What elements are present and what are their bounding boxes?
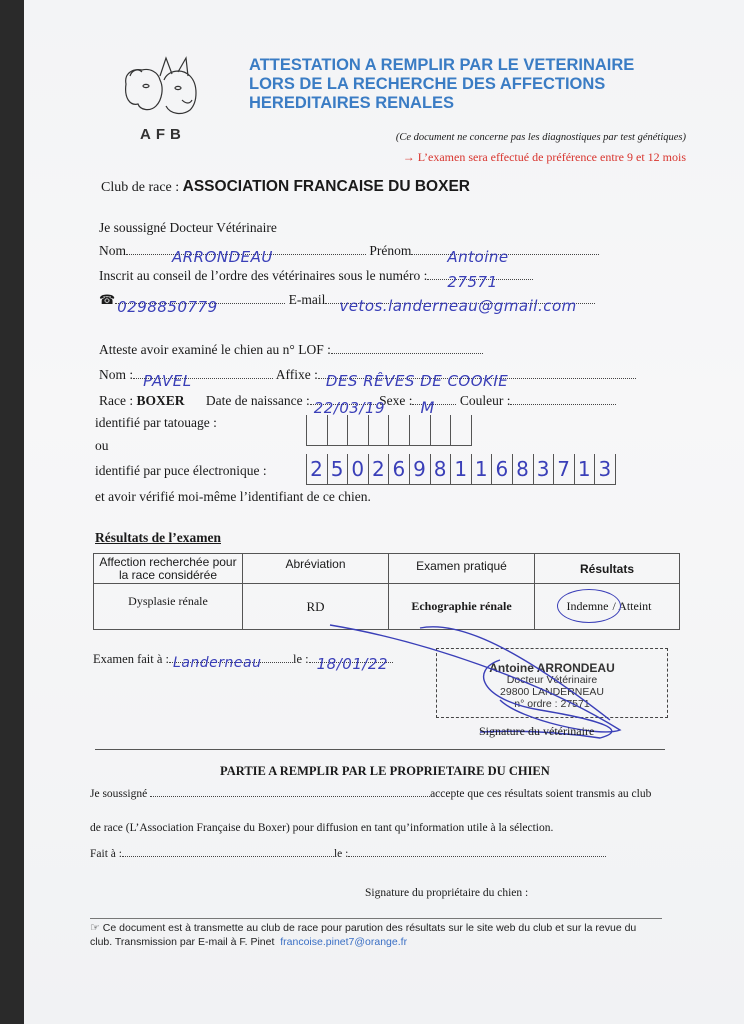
dob-label: Date de naissance : [206,393,310,408]
lof-row: Atteste avoir examiné le chien au n° LOF… [99,342,483,358]
vet-signature [300,620,640,740]
club-label: Club de race : [101,180,179,195]
exam-lieu-field[interactable]: Landerneau [169,662,293,663]
owner-fait-label: Fait à : [90,848,122,860]
owner-consent-row: Je soussigné accepte que ces résultats s… [90,788,651,800]
section-divider [95,749,665,750]
puce-digit[interactable]: 8 [430,454,451,484]
telephone-icon: ☎ [99,292,115,307]
puce-boxes[interactable]: 250269811683713 [306,454,616,485]
dob-field[interactable]: 22/03/19 [310,404,376,405]
tatouage-digit[interactable] [409,415,430,445]
vet-email-value: vetos.landerneau@gmail.com [339,297,576,315]
vet-nom-label: Nom [99,243,126,258]
tatouage-digit[interactable] [430,415,451,445]
vet-nom-value: ARRONDEAU [172,248,273,266]
vet-ordre-row: Inscrit au conseil de l’ordre des vétéri… [99,268,533,284]
couleur-field[interactable] [510,404,616,405]
puce-digit[interactable]: 5 [327,454,348,484]
owner-place-row: Fait à :le : [90,848,606,860]
puce-digit[interactable]: 2 [368,454,389,484]
footer-text-2: club. Transmission par E-mail à F. Pinet [90,936,274,948]
footer-text-1: Ce document est à transmette au club de … [103,922,636,934]
cell-affection: Dysplasie rénale [94,584,243,630]
vet-intro: Je soussigné Docteur Vétérinaire [99,220,277,236]
puce-digit[interactable]: 1 [471,454,492,484]
results-table: Affection recherchée pour la race consid… [93,553,680,630]
owner-section-title: PARTIE A REMPLIR PAR LE PROPRIETAIRE DU … [220,764,550,779]
title-line-1: ATTESTATION A REMPLIR PAR LE VETERINAIRE [249,56,634,75]
exam-lieu-label: Examen fait à : [93,652,169,666]
puce-digit[interactable]: 7 [553,454,574,484]
header-examen: Examen pratiqué [389,554,535,584]
option-indemne[interactable]: Indemne [563,597,613,616]
lof-label: Atteste avoir examiné le chien au n° LOF… [99,342,331,357]
couleur-label: Couleur : [460,393,511,408]
owner-le-label: le : [334,848,348,860]
vet-prenom-value: Antoine [447,248,508,266]
boxer-dogs-icon [120,54,204,120]
vet-prenom-label: Prénom [369,243,411,258]
tatouage-digit[interactable] [368,415,389,445]
genetic-test-note: (Ce document ne concerne pas les diagnos… [396,132,686,143]
vet-phone-value: 0298850779 [117,298,217,316]
puce-digit[interactable]: 2 [306,454,327,484]
footer-divider [90,918,662,919]
puce-digit[interactable]: 1 [574,454,595,484]
dog-nom-value: PAVEL [143,372,191,390]
puce-digit[interactable]: 3 [533,454,554,484]
dog-name-row: Nom :PAVEL Affixe :DES RÊVES DE COOKIE [99,367,636,383]
club-name: ASSOCIATION FRANCAISE DU BOXER [183,178,470,195]
title-line-2: LORS DE LA RECHERCHE DES AFFECTIONS [249,75,634,94]
vet-ordre-label: Inscrit au conseil de l’ordre des vétéri… [99,268,427,283]
afb-logo: AFB [116,54,216,144]
vet-nom-field[interactable]: ARRONDEAU [126,254,366,255]
race-label: Race : [99,393,133,408]
title-line-3: HEREDITAIRES RENALES [249,94,634,113]
owner-je-label: Je soussigné [90,788,147,800]
puce-digit[interactable]: 9 [409,454,430,484]
vet-ordre-value: 27571 [447,273,497,291]
owner-le-field[interactable] [348,856,606,857]
header-abreviation: Abréviation [243,554,389,584]
pointing-hand-icon: ☞ [90,922,100,934]
vet-prenom-field[interactable]: Antoine [411,254,599,255]
owner-accept-text-2: de race (L’Association Française du Boxe… [90,822,553,834]
verification-statement: et avoir vérifié moi-même l’identifiant … [95,489,371,505]
dog-race-row: Race : BOXER Date de naissance :22/03/19… [99,393,616,409]
option-atteint[interactable]: Atteint [618,599,651,613]
tatouage-label: identifié par tatouage : [95,415,217,431]
vet-email-field[interactable]: vetos.landerneau@gmail.com [325,303,595,304]
dog-affixe-value: DES RÊVES DE COOKIE [326,372,508,390]
sexe-field[interactable]: M [412,404,456,405]
ou-label: ou [95,438,109,454]
club-row: Club de race : ASSOCIATION FRANCAISE DU … [101,178,470,196]
vet-signature-label: Signature du vétérinaire [479,724,594,739]
results-header-row: Affection recherchée pour la race consid… [94,554,680,584]
page-title: ATTESTATION A REMPLIR PAR LE VETERINAIRE… [249,56,634,113]
dog-affixe-field[interactable]: DES RÊVES DE COOKIE [318,378,636,379]
vet-contact-row: ☎0298850779 E-mailvetos.landerneau@gmail… [99,292,595,308]
owner-signature-label: Signature du propriétaire du chien : [365,887,528,899]
vet-ordre-field[interactable]: 27571 [427,279,533,280]
race-value: BOXER [136,393,184,408]
footer-note: ☞ Ce document est à transmette au club d… [90,921,636,949]
owner-accept-text: accepte que ces résultats soient transmi… [430,788,651,800]
age-recommendation: → L’examen sera effectué de préférence e… [403,150,686,165]
tatouage-digit[interactable] [327,415,348,445]
puce-digit[interactable]: 3 [594,454,615,484]
tatouage-boxes[interactable] [306,415,472,446]
puce-digit[interactable]: 0 [347,454,368,484]
dog-nom-field[interactable]: PAVEL [133,378,273,379]
tatouage-digit[interactable] [388,415,409,445]
puce-digit[interactable]: 6 [388,454,409,484]
logo-label: AFB [140,126,186,143]
tatouage-digit[interactable] [450,415,471,445]
owner-name-field[interactable] [150,796,430,797]
tatouage-digit[interactable] [347,415,368,445]
selection-circle [557,589,621,623]
owner-fait-field[interactable] [122,856,334,857]
puce-digit[interactable]: 6 [491,454,512,484]
header-affection: Affection recherchée pour la race consid… [94,554,243,584]
header-resultats: Résultats [535,554,680,584]
tatouage-digit[interactable] [306,415,327,445]
footer-email-link[interactable]: francoise.pinet7@orange.fr [280,936,407,948]
lof-field[interactable] [331,353,483,354]
vet-phone-field[interactable]: 0298850779 [115,303,285,304]
dog-nom-label: Nom : [99,367,133,382]
vet-name-row: NomARRONDEAU PrénomAntoine [99,243,599,259]
puce-digit[interactable]: 1 [450,454,471,484]
dog-affixe-label: Affixe : [276,367,318,382]
exam-lieu-value: Landerneau [173,655,261,671]
puce-digit[interactable]: 8 [512,454,533,484]
results-section-title: Résultats de l’examen [95,530,221,546]
vet-email-label: E-mail [289,292,326,307]
puce-label: identifié par puce électronique : [95,463,267,479]
